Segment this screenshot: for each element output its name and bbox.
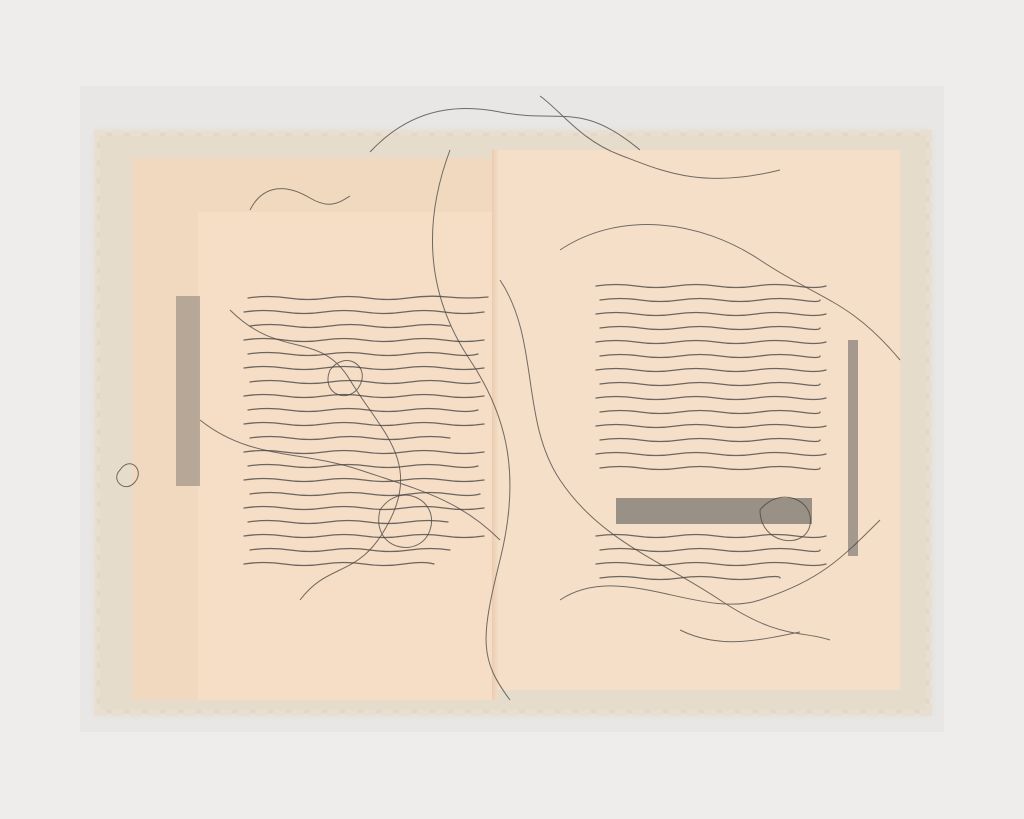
- dense-text-bar: [616, 498, 812, 524]
- right-text-lines: [596, 285, 826, 580]
- thread-artwork: [0, 0, 1024, 819]
- left-margin-tangle: [176, 296, 200, 486]
- right-margin-bar: [848, 340, 858, 556]
- loose-threads: [117, 96, 900, 700]
- left-text-lines: [244, 296, 488, 565]
